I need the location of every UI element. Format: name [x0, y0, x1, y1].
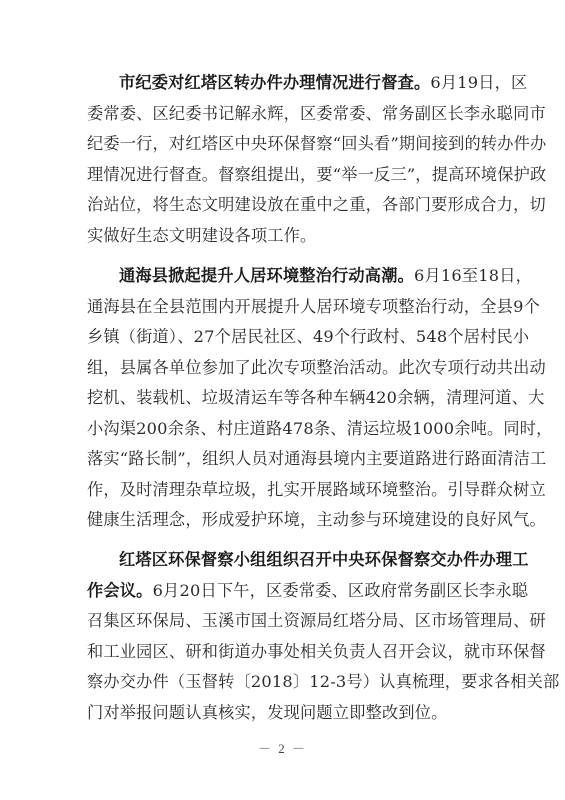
text-line: 和工业园区、研和街道办事处相关负责人召开会议，就市环保督	[87, 637, 483, 668]
text-line: 作，及时清理杂草垃圾，扎实开展路域环境整治。引导群众树立	[87, 475, 483, 506]
paragraph-heading: 通海县掀起提升人居环境整治行动高潮。	[119, 266, 414, 285]
text-line: 挖机、装载机、垃圾清运车等各种车辆420余辆，清理河道、大	[87, 383, 483, 414]
text-line: 委常委、区纪委书记解永辉，区委常委、常务副区长李永聪同市	[87, 99, 483, 130]
text-line: 通海县掀起提升人居环境整治行动高潮。6月16至18日，	[87, 261, 483, 292]
paragraph-tonghai-campaign: 通海县掀起提升人居环境整治行动高潮。6月16至18日， 通海县在全县范围内开展提…	[87, 261, 483, 536]
text-line: 乡镇（街道）、27个居民社区、49个行政村、548个居村民小	[87, 322, 483, 353]
paragraph-jiwei-inspection: 市纪委对红塔区转办件办理情况进行督查。6月19日，区 委常委、区纪委书记解永辉，…	[87, 68, 483, 251]
text-line: 纪委一行，对红塔区中央环保督察“回头看”期间接到的转办件办	[87, 129, 483, 160]
text-line: 召集区环保局、玉溪市国土资源局红塔分局、区市场管理局、研	[87, 606, 483, 637]
text-line: 小沟渠200余条、村庄道路478条、清运垃圾1000余吨。同时，	[87, 414, 483, 445]
text-line: 健康生活理念，形成爱护环境，主动参与环境建设的良好风气。	[87, 505, 483, 536]
paragraph-heading-cont: 作会议。	[87, 581, 153, 600]
text-line: 理情况进行督查。督察组提出，要“举一反三”，提高环境保护政	[87, 160, 483, 191]
text-line: 门对举报问题认真核实，发现问题立即整改到位。	[87, 698, 483, 729]
text-line: 落实“路长制”，组织人员对通海县境内主要道路进行路面清洁工	[87, 444, 483, 475]
document-page: 市纪委对红塔区转办件办理情况进行督查。6月19日，区 委常委、区纪委书记解永辉，…	[0, 0, 565, 800]
text-line: 通海县在全县范围内开展提升人居环境专项整治行动，全县9个	[87, 292, 483, 323]
text-line: 实做好生态文明建设各项工作。	[87, 221, 483, 252]
text-line: 察办交办件（玉督转〔2018〕12-3号）认真梳理，要求各相关部	[87, 667, 483, 698]
text-line: 治站位，将生态文明建设放在重中之重，各部门要形成合力，切	[87, 190, 483, 221]
paragraph-hongta-meeting: 红塔区环保督察小组组织召开中央环保督察交办件办理工 作会议。6月20日下午，区委…	[87, 545, 483, 728]
paragraph-heading: 红塔区环保督察小组组织召开中央环保督察交办件办理工	[87, 545, 483, 576]
paragraph-heading: 市纪委对红塔区转办件办理情况进行督查。	[119, 73, 430, 92]
text-line: 作会议。6月20日下午，区委常委、区政府常务副区长李永聪	[87, 576, 483, 607]
text-line: 市纪委对红塔区转办件办理情况进行督查。6月19日，区	[87, 68, 483, 99]
page-number: － 2 －	[0, 738, 565, 757]
text-line: 组，县属各单位参加了此次专项整治活动。此次专项行动共出动	[87, 353, 483, 384]
